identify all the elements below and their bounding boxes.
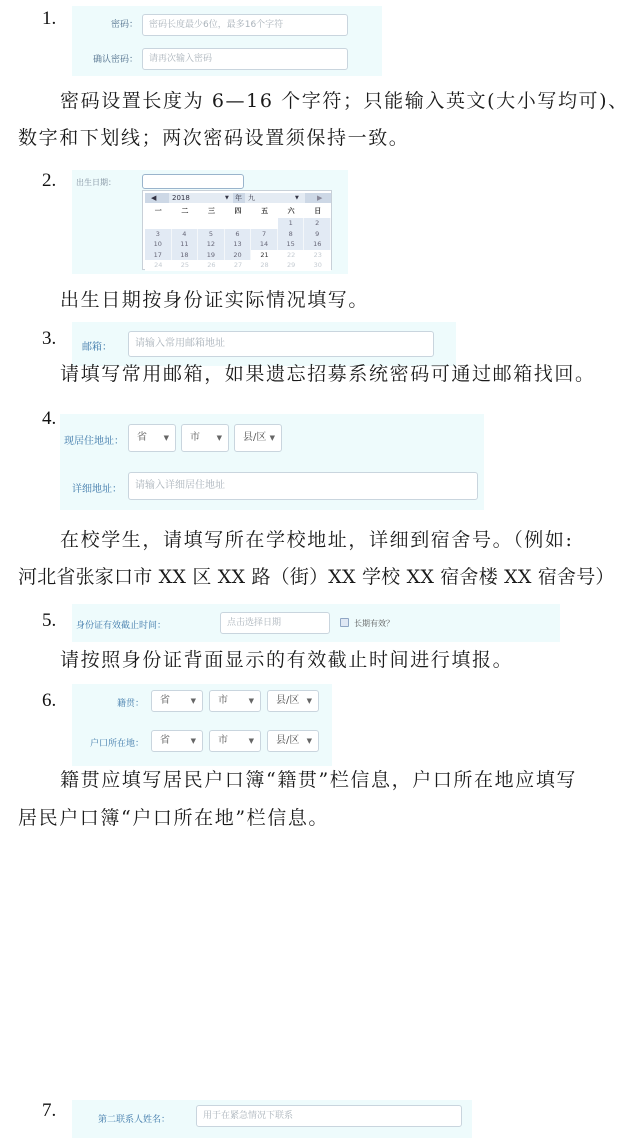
calendar-day[interactable]: 5 <box>198 229 225 240</box>
calendar-day-disabled: 23 <box>304 250 331 261</box>
second-contact-input[interactable]: 用于在紧急情况下联系 <box>196 1105 462 1127</box>
description-line: 在校学生，请填写所在学校地址，详细到宿舍号。（例如: <box>60 522 574 559</box>
calendar-day[interactable]: 3 <box>145 229 172 240</box>
residence-address-label: 现居住地址： <box>64 432 124 447</box>
section-number: 4. <box>42 408 56 430</box>
description-line: 河北省张家口市 XX 区 XX 路（街）XX 学校 XX 宿舍楼 XX 宿舍号） <box>18 559 615 596</box>
id-expiry-label: 身份证有效截止时间： <box>76 618 166 631</box>
calendar-day[interactable]: 19 <box>198 250 225 261</box>
calendar-day[interactable]: 18 <box>172 250 199 261</box>
calendar-day <box>198 218 225 229</box>
confirm-password-label: 确认密码： <box>93 52 138 65</box>
id-expiry-date-input[interactable]: 点击选择日期 <box>220 612 330 634</box>
chevron-down-icon: ▼ <box>249 691 254 711</box>
section-number: 7. <box>42 1100 56 1122</box>
section-number: 6. <box>42 690 56 712</box>
description-line: 请填写常用邮箱，如果遗忘招募系统密码可通过邮箱找回。 <box>60 356 596 393</box>
native-place-panel: 籍贯： 省 ▼ 市 ▼ 县/区 ▼ 户口所在地： 省 ▼ 市 ▼ 县/区 ▼ <box>72 684 332 766</box>
calendar-days: 1 2 3 4 5 6 7 8 9 10 11 12 13 14 15 16 1… <box>145 218 331 271</box>
description-line: 请按照身份证背面显示的有效截止时间进行填报。 <box>60 642 513 679</box>
calendar-day[interactable]: 6 <box>225 229 252 240</box>
calendar-day-disabled: 25 <box>172 260 199 271</box>
detail-address-label: 详细地址： <box>72 480 122 495</box>
calendar-header: ◀ 2018 ▼ 年 九 ▼ ▶ <box>145 193 331 203</box>
detail-address-input[interactable]: 请输入详细居住地址 <box>128 472 478 500</box>
section-number: 1. <box>42 8 56 30</box>
description-line: 籍贯应填写居民户口簿“籍贯”栏信息，户口所在地应填写 <box>60 762 577 799</box>
weekday-label: 四 <box>225 205 252 217</box>
district-select[interactable]: 县/区 ▼ <box>234 424 282 452</box>
calendar-day[interactable]: 4 <box>172 229 199 240</box>
calendar-day-disabled: 24 <box>145 260 172 271</box>
weekday-label: 一 <box>145 205 172 217</box>
password-input[interactable]: 密码长度最少6位，最多16个字符 <box>142 14 348 36</box>
section-number: 3. <box>42 328 56 350</box>
id-expiry-panel: 身份证有效截止时间： 点击选择日期 长期有效？ <box>72 604 560 642</box>
chevron-down-icon: ▼ <box>295 193 299 203</box>
calendar-day[interactable]: 20 <box>225 250 252 261</box>
chevron-down-icon: ▼ <box>270 425 275 451</box>
section-number: 2. <box>42 170 56 192</box>
password-panel: 密码： 密码长度最少6位，最多16个字符 确认密码： 请再次输入密码 <box>72 6 382 76</box>
native-place-label: 籍贯： <box>117 696 144 709</box>
chevron-down-icon: ▼ <box>191 691 196 711</box>
chevron-down-icon: ▼ <box>217 425 222 451</box>
calendar-day[interactable]: 13 <box>225 239 252 250</box>
description-line: 数字和下划线；两次密码设置须保持一致。 <box>18 120 409 157</box>
second-contact-panel: 第二联系人姓名： 用于在紧急情况下联系 <box>72 1100 472 1138</box>
email-input[interactable]: 请输入常用邮箱地址 <box>128 331 434 357</box>
next-month-icon[interactable]: ▶ <box>317 193 322 203</box>
weekday-label: 五 <box>251 205 278 217</box>
chevron-down-icon: ▼ <box>225 193 229 203</box>
chevron-down-icon: ▼ <box>249 731 254 751</box>
section-number: 5. <box>42 610 56 632</box>
calendar-day[interactable]: 2 <box>304 218 331 229</box>
calendar-day-disabled: 29 <box>278 260 305 271</box>
second-contact-label: 第二联系人姓名： <box>98 1112 170 1125</box>
calendar-day <box>145 218 172 229</box>
confirm-password-input[interactable]: 请再次输入密码 <box>142 48 348 70</box>
calendar-day[interactable]: 12 <box>198 239 225 250</box>
calendar-day <box>225 218 252 229</box>
birthdate-input[interactable] <box>142 174 244 189</box>
date-picker-calendar: ◀ 2018 ▼ 年 九 ▼ ▶ 一 二 三 四 五 六 日 1 2 3 4 5… <box>142 190 332 270</box>
calendar-day[interactable]: 11 <box>172 239 199 250</box>
email-label: 邮箱： <box>82 338 112 353</box>
prev-month-icon[interactable]: ◀ <box>151 193 156 203</box>
calendar-day[interactable]: 15 <box>278 239 305 250</box>
calendar-day-disabled: 27 <box>225 260 252 271</box>
month-select[interactable]: 九 ▼ <box>245 193 305 203</box>
calendar-day[interactable]: 1 <box>278 218 305 229</box>
chevron-down-icon: ▼ <box>191 731 196 751</box>
hukou-province-select[interactable]: 省 ▼ <box>151 730 203 752</box>
weekday-label: 六 <box>278 205 305 217</box>
calendar-day-disabled: 30 <box>304 260 331 271</box>
chevron-down-icon: ▼ <box>307 691 312 711</box>
birthdate-label: 出生日期： <box>76 177 116 188</box>
year-select[interactable]: 2018 ▼ <box>169 193 233 203</box>
weekday-row: 一 二 三 四 五 六 日 <box>145 205 331 217</box>
weekday-label: 二 <box>172 205 199 217</box>
hukou-city-select[interactable]: 市 ▼ <box>209 730 261 752</box>
long-term-checkbox[interactable] <box>340 618 349 627</box>
native-city-select[interactable]: 市 ▼ <box>209 690 261 712</box>
residence-address-panel: 现居住地址： 省 ▼ 市 ▼ 县/区 ▼ 详细地址： 请输入详细居住地址 <box>60 414 484 510</box>
calendar-day[interactable]: 9 <box>304 229 331 240</box>
description-line: 密码设置长度为 6—16 个字符；只能输入英文(大小写均可)、 <box>60 83 629 120</box>
hukou-label: 户口所在地： <box>90 736 144 749</box>
chevron-down-icon: ▼ <box>307 731 312 751</box>
calendar-day[interactable]: 8 <box>278 229 305 240</box>
calendar-day[interactable]: 7 <box>251 229 278 240</box>
description-line: 出生日期按身份证实际情况填写。 <box>60 282 369 319</box>
calendar-day-today[interactable]: 21 <box>251 250 278 261</box>
weekday-label: 三 <box>198 205 225 217</box>
calendar-day[interactable]: 17 <box>145 250 172 261</box>
calendar-day-disabled: 28 <box>251 260 278 271</box>
description-line: 居民户口簿“户口所在地”栏信息。 <box>18 800 329 837</box>
long-term-label: 长期有效？ <box>354 618 394 629</box>
hukou-district-select[interactable]: 县/区 ▼ <box>267 730 319 752</box>
calendar-day <box>172 218 199 229</box>
year-suffix: 年 <box>235 193 242 203</box>
calendar-day[interactable]: 10 <box>145 239 172 250</box>
calendar-day-disabled: 26 <box>198 260 225 271</box>
calendar-day-disabled: 22 <box>278 250 305 261</box>
calendar-day[interactable]: 16 <box>304 239 331 250</box>
calendar-day[interactable]: 14 <box>251 239 278 250</box>
native-province-select[interactable]: 省 ▼ <box>151 690 203 712</box>
password-label: 密码： <box>111 17 138 30</box>
native-district-select[interactable]: 县/区 ▼ <box>267 690 319 712</box>
chevron-down-icon: ▼ <box>164 425 169 451</box>
weekday-label: 日 <box>304 205 331 217</box>
city-select[interactable]: 市 ▼ <box>181 424 229 452</box>
calendar-day <box>251 218 278 229</box>
province-select[interactable]: 省 ▼ <box>128 424 176 452</box>
